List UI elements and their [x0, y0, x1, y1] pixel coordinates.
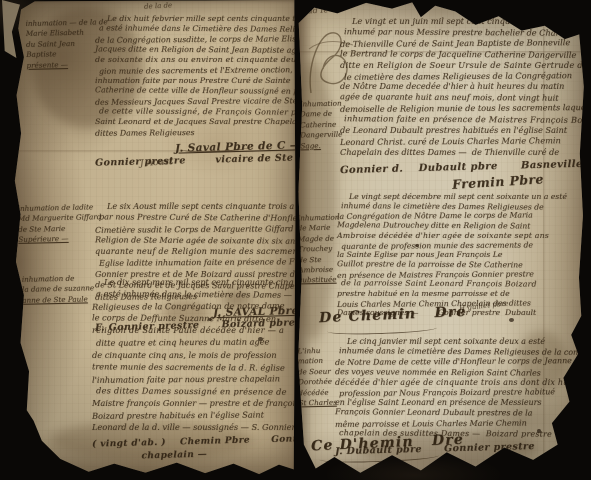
folio-mark: Dud Ie — [301, 5, 329, 15]
entry-text: Le dix sept mars mil sept cent cinquante… — [92, 276, 294, 433]
left-page: de la de inhumation — de la deMarie Elis… — [12, 0, 296, 476]
manuscript-text-line: Jacques ditte en Religion de Saint Jean … — [95, 44, 295, 56]
margin-note-line: Inhumation — [299, 99, 341, 110]
aoust-heading-scribble: J Aoust — [140, 157, 173, 169]
manuscript-text-line: Maistre françois Gonnier — prestre et de… — [92, 397, 294, 409]
margin-note-line: Magde de — [298, 233, 340, 244]
margin-note-trouchey: Inhumationde MarieMagde deTroucheyde Ste… — [297, 213, 341, 287]
manuscript-text-line: par nous Prestre Curé de Ste Catherine d… — [99, 212, 295, 225]
entry-text: Le vingt sept décembre mil sept cent soi… — [337, 192, 579, 318]
manuscript-text-line: Leonard de la d. ville — soussignés — S.… — [92, 421, 294, 433]
manuscript-text-line: Le vingt et un juin mil sept cent cinqua… — [352, 16, 578, 27]
manuscript-text-line: le Bertrand le corps de Jacqueline Cathe… — [340, 48, 578, 61]
manuscript-text-line: le cimetière des dames Religieuses de la… — [344, 70, 578, 83]
manuscript-text-line: de soixante dix ans ou environ et cinqua… — [95, 55, 295, 65]
margin-note-giffard: inhumation de laditeMd Marguerite Giffar… — [18, 202, 102, 245]
manuscript-text-line: de Leonard Dubault prestres habitués en … — [340, 125, 578, 136]
burial-entry-dec-1761: Le vingt sept décembre mil sept cent soi… — [337, 192, 579, 318]
manuscript-text-line: Saint Leonard et de Jacques Saval prestr… — [95, 117, 295, 127]
burial-entry-jun-1759: Le vingt et un juin mil sept cent cinqua… — [340, 16, 578, 187]
margin-note-line: Inhumation — [297, 213, 339, 224]
ink-blot — [509, 318, 514, 322]
manuscript-text-line: le corps de Deffunte Suzanne Marie ditte… — [92, 312, 294, 326]
manuscript-text-line: quarante de profession munie des sacreme… — [341, 240, 579, 252]
manuscript-text-line: des voyes veuve nommée en Religion Saint… — [335, 367, 579, 379]
manuscript-text-line: Religion de Ste Marie agée de soixante d… — [95, 234, 295, 247]
manuscript-text-line: Chapelain des dittes Dames — de Thienvil… — [340, 147, 578, 158]
manuscript-text-line: prestre habitué en la mesme parroisse et… — [337, 289, 579, 299]
manuscript-text-line: Le vingt sept décembre mil sept cent soi… — [349, 192, 579, 202]
margin-note-line: Dangerville — [300, 130, 342, 141]
manuscript-text-line: profession par Nous François Boizard pre… — [339, 387, 579, 399]
margin-note-suzanne: inhumation dela dame de suzanneanne de S… — [22, 273, 95, 306]
left-top-scribble: de la de — [144, 1, 172, 10]
margin-note-dangerville: InhumationDame deCatherineDangervilleSag… — [299, 99, 342, 152]
burial-entry-mar-1755: Le dix sept mars mil sept cent cinquante… — [92, 276, 294, 462]
manuscript-text-line: Eglise laditte inhumation faite en prése… — [99, 257, 295, 270]
entry-text: Le cinq janvier mil sept cent soixante d… — [335, 337, 579, 439]
burial-entry-feb-1753: Le dix huit febvrier mille sept cents ci… — [95, 14, 295, 167]
manuscript-text-line: de cinquante cinq ans, le mois de profes… — [92, 349, 294, 361]
signature-line: Gonnier prestre vicaire de Ste Catherine — [95, 152, 295, 170]
entry-signatures: Gonnier d. Dubault pbre BasnevilleFremin… — [340, 161, 578, 187]
margin-note-line: Supérieure — — [18, 233, 102, 245]
manuscript-text-line: dittes Dames Religieuses — [95, 127, 295, 139]
manuscript-text-line: inhumation faite en présence de Maistres… — [344, 113, 578, 126]
entry-text: Le vingt et un juin mil sept cent cinqua… — [340, 16, 578, 158]
manuscript-text-line: gion munie des sacrements et l'Extreme o… — [99, 65, 295, 77]
manuscript-text-line: trente munie des sacrements de la d. R. … — [92, 360, 294, 374]
manuscript-text-line: Le dix sept mars mil sept cent cinquante… — [104, 276, 294, 288]
entry-text: Le dix huit febvrier mille sept cents ci… — [95, 14, 295, 138]
manuscript-text-line: de cette ville soussigné, de François Go… — [99, 106, 295, 118]
manuscript-text-line: Magdelena Dutrouchey ditte en Religion d… — [337, 220, 579, 231]
margin-note-dorothee: L'inhumationde SoeurDorothéedécédéeSt Ch… — [297, 346, 336, 409]
margin-note-line: St Charles — [298, 398, 336, 409]
margin-note-line: Md Marguerite Giffard — [18, 213, 102, 225]
margin-note-line: Dorothée — [298, 377, 336, 388]
scanned-manuscript-page: de la de inhumation — de la deMarie Elis… — [0, 0, 591, 480]
manuscript-text-line: ditte quatre et cinq heures du matin agé… — [96, 336, 294, 350]
manuscript-text-line: ditte en Religion de Soeur Ursule de Sai… — [340, 60, 578, 71]
margin-note-line: Sage. — [300, 140, 342, 151]
manuscript-text-line: des dittes Dames soussigné en présence d… — [96, 384, 294, 397]
entry-signatures: J. Saval Pbre de C —Gonnier prestre vica… — [95, 141, 295, 167]
margin-note-line: substituée — [299, 275, 341, 286]
manuscript-text-line: Ambroise décédée d'hier agée de soixante… — [337, 231, 579, 241]
margin-note-line: anne de Ste Paule — [22, 294, 94, 306]
right-page: Dud Ie InhumationDame deCatherineDangerv… — [297, 1, 585, 478]
manuscript-text-line: Boizard prestre habitués en l'église Sai… — [92, 408, 294, 422]
manuscript-text-line: Leonard Christ. curé de Louis Charles Ma… — [340, 135, 578, 148]
torn-paper-fragment — [2, 0, 20, 58]
entry-signatures: ( vingt d'ab. ) Chemin Pbre Gonnier pres… — [92, 436, 294, 462]
